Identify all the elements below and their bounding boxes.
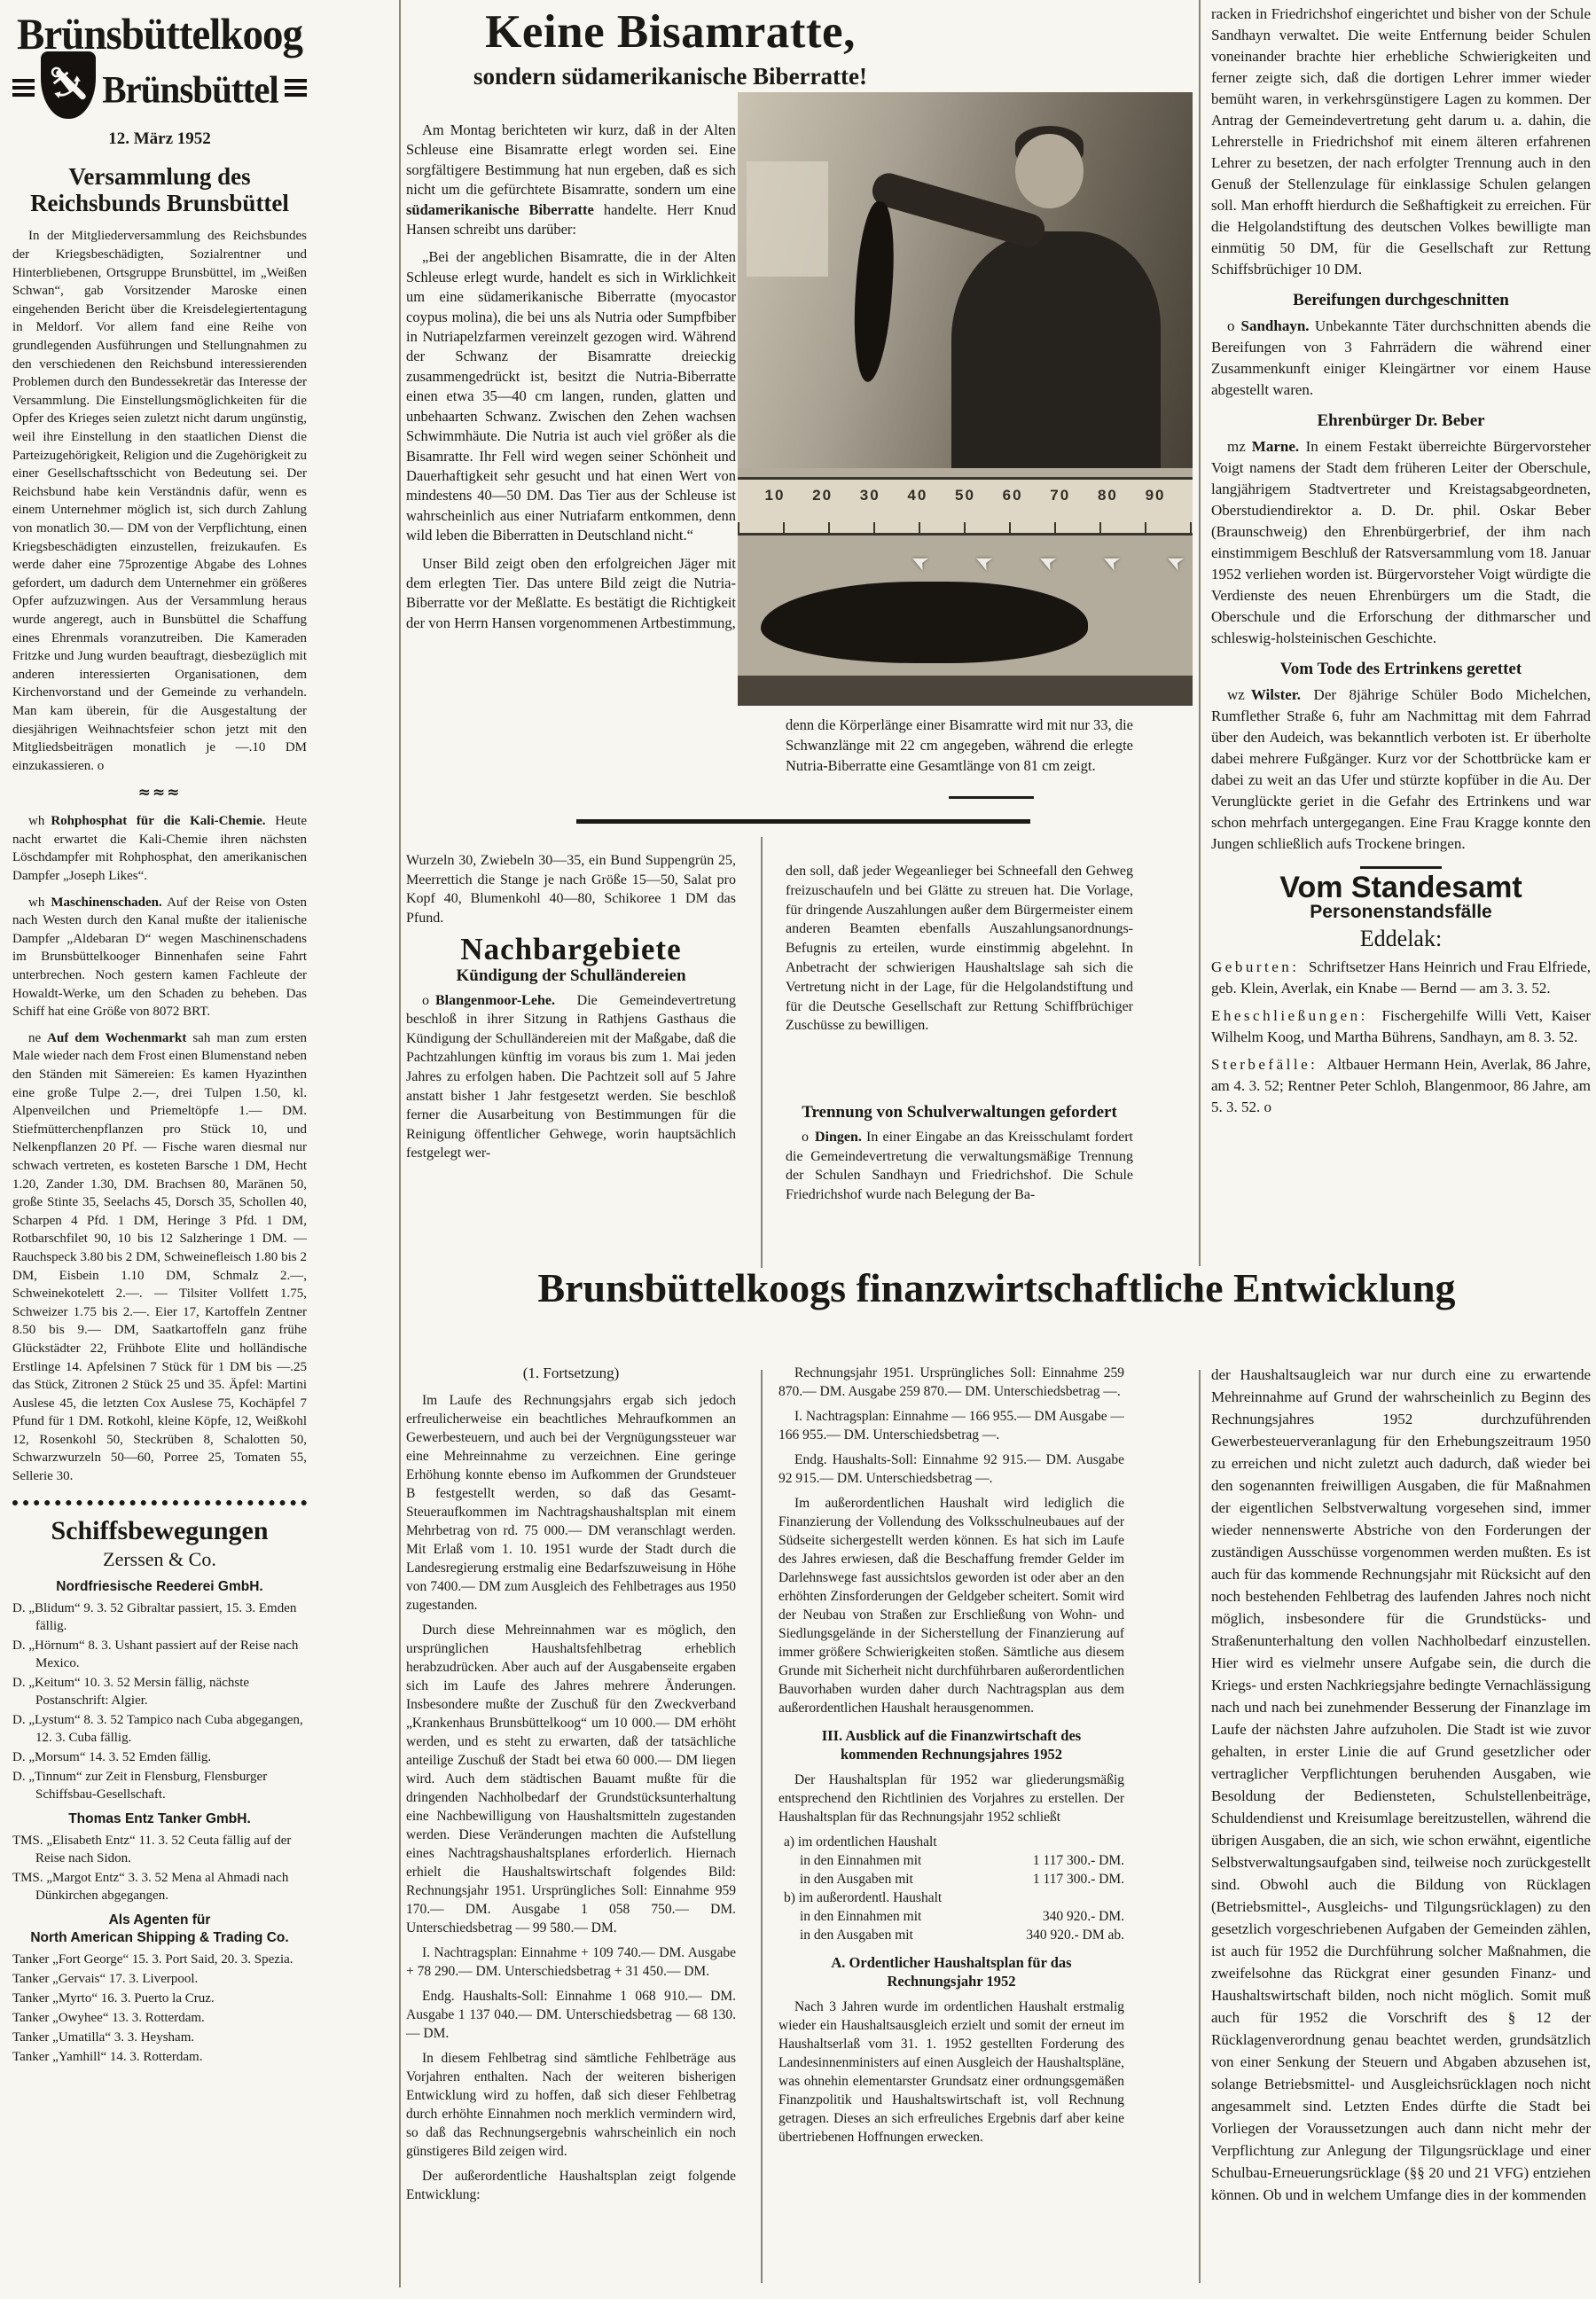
photo-background-sign [747, 161, 828, 277]
news-text: Auf der Reise von Osten nach Westen durc… [12, 895, 307, 1020]
newspaper-page: Brünsbüttelkoog ⚓ Brünsbüttel 12. März 1… [0, 0, 1596, 2299]
item-lead: mz [1227, 438, 1246, 455]
finance-paragraph: Der Haushaltsplan für 1952 war gliederun… [778, 1771, 1124, 1826]
geburten-entry: Geburten: Schriftsetzer Hans Heinrich un… [1211, 957, 1591, 999]
main-subheadline: sondern südamerikanische Biberratte! [399, 63, 942, 90]
hunter-silhouette [951, 231, 1161, 472]
paragraph-text: Am Montag berichteten wir kurz, daß in d… [406, 121, 736, 198]
news-item: neAuf dem Wochenmarkt sah man zum ersten… [12, 1029, 307, 1486]
finance-paragraph: Endg. Haushalts-Soll: Einnahme 1 068 910… [406, 1987, 736, 2043]
entry-label: Geburten: [1211, 958, 1299, 975]
marne-item: mzMarne. In einem Festakt überreichte Bü… [1211, 436, 1591, 649]
budget-label: in den Einnahmen mit [800, 1851, 921, 1870]
shipping-agents-line1: Als Agenten für [12, 1912, 307, 1928]
finance-headline: Brunsbüttelkoogs finanzwirtschaftliche E… [403, 1264, 1590, 1311]
finance-paragraph: der Haushaltsaugleich war nur durch eine… [1211, 1364, 1591, 2206]
budget-row: in den Einnahmen mit 340 920.- DM. [778, 1907, 1124, 1926]
ship-entry: Tanker „Owyhee“ 13. 3. Rotterdam. [12, 2009, 307, 2027]
ship-entry: Tanker „Fort George“ 15. 3. Port Said, 2… [12, 1951, 307, 1968]
pointer-arrows: ➤ ➤ ➤ ➤ ➤ [911, 550, 1184, 575]
item-lead: wz [1227, 686, 1245, 703]
main-headline: Keine Bisamratte, [399, 5, 942, 59]
measuring-scale-ticks [738, 522, 1193, 533]
centered-divider-rule [1360, 866, 1442, 869]
finance-paragraph: I. Nachtragsplan: Einnahme + 109 740.— D… [406, 1943, 736, 1981]
news-title: Maschinenschaden. [51, 895, 161, 910]
continuation-text: den soll, daß jeder Wegeanlieger bei Sch… [786, 862, 1133, 1036]
ehrenbuerger-heading: Ehrenbürger Dr. Beber [1211, 411, 1591, 432]
photo-floor [738, 676, 1193, 706]
news-text: sah man zum ersten Male wieder nach dem … [12, 1031, 307, 1483]
entry-label: Eheschließungen: [1211, 1007, 1368, 1024]
column-rule [761, 1370, 763, 2283]
item-lead: o [422, 993, 429, 1008]
finance-section-heading: III. Ausblick auf die Finanzwirtschaft d… [786, 1726, 1117, 1763]
hunter-face [1015, 134, 1084, 209]
item-text: In einem Festakt überreichte Bürgervorst… [1211, 438, 1591, 646]
article-paragraph: Unser Bild zeigt oben den erfolgreichen … [406, 554, 736, 634]
item-place: Dingen. [815, 1130, 862, 1145]
shipping-company: Thomas Entz Tanker GmbH. [12, 1811, 307, 1827]
news-lead: wh [28, 895, 44, 910]
finance-paragraph: Nach 3 Jahren wurde im ordentlichen Haus… [778, 1998, 1124, 2147]
ertrinken-heading: Vom Tode des Ertrinkens gerettet [1211, 659, 1591, 680]
arrow-icon: ➤ [906, 547, 933, 577]
bereifungen-heading: Bereifungen durchgeschnitten [1211, 290, 1591, 311]
arrow-icon: ➤ [1034, 547, 1060, 577]
anchor-hammer-shield-logo: ⚓ [41, 51, 96, 119]
blangenmoor-continuation: den soll, daß jeder Wegeanlieger bei Sch… [786, 862, 1133, 1099]
finance-paragraph: In diesem Fehlbetrag sind sämtliche Fehl… [406, 2049, 736, 2161]
ship-entry: D. „Keitum“ 10. 3. 52 Mersin fällig, näc… [12, 1674, 307, 1709]
ship-list: Tanker „Fort George“ 15. 3. Port Said, 2… [12, 1951, 307, 2066]
item-place: Wilster. [1251, 686, 1301, 703]
masthead: Brünsbüttelkoog ⚓ Brünsbüttel 12. März 1… [12, 11, 307, 149]
article-paragraph: Am Montag berichteten wir kurz, daß in d… [406, 121, 736, 239]
main-headline-block: Keine Bisamratte, sondern südamerikanisc… [399, 5, 942, 90]
ship-entry: D. „Lystum“ 8. 3. 52 Tampico nach Cuba a… [12, 1711, 307, 1747]
ship-entry: D. „Morsum“ 14. 3. 52 Emden fällig. [12, 1748, 307, 1766]
news-item: whRohphosphat für die Kali-Chemie. Heute… [12, 812, 307, 885]
sandhayn-item: oSandhayn. Unbekannte Täter durchschnitt… [1211, 316, 1591, 401]
arrow-icon: ➤ [1098, 547, 1124, 577]
ship-entry: D. „Tinnum“ zur Zeit in Flensburg, Flens… [12, 1768, 307, 1803]
budget-value: 340 920.- DM. [1043, 1907, 1124, 1926]
bisamratte-article: Am Montag berichteten wir kurz, daß in d… [406, 121, 736, 825]
item-text: Der 8jährige Schüler Bodo Michelchen, Ru… [1211, 686, 1591, 852]
finance-column-3: der Haushaltsaugleich war nur durch eine… [1211, 1364, 1591, 2293]
ship-entry: Tanker „Yamhill“ 14. 3. Rotterdam. [12, 2048, 307, 2066]
dingen-item: oDingen. In einer Eingabe an das Kreissc… [786, 1128, 1133, 1205]
item-lead: o [802, 1130, 809, 1145]
masthead-ornament-left [12, 79, 35, 100]
budget-value: 1 117 300.- DM. [1033, 1870, 1124, 1888]
budget-list-heading: a) im ordentlichen Haushalt [778, 1833, 1124, 1851]
news-title: Rohphosphat für die Kali-Chemie. [51, 814, 265, 828]
budget-row: in den Ausgaben mit 340 920.- DM ab. [778, 1926, 1124, 1944]
ship-entry: Tanker „Gervais“ 17. 3. Liverpool. [12, 1970, 307, 1988]
photo-caption-continuation: denn die Körperlänge einer Bisamratte wi… [786, 715, 1133, 858]
finance-paragraph: Endg. Haushalts-Soll: Einnahme 92 915.— … [778, 1451, 1124, 1488]
caption-text: denn die Körperlänge einer Bisamratte wi… [786, 715, 1133, 776]
nutria-silhouette [761, 582, 1088, 663]
arrow-icon: ➤ [970, 547, 997, 577]
ship-entry: D. „Blidum“ 9. 3. 52 Gibraltar passiert,… [12, 1599, 307, 1635]
eheschliessungen-entry: Eheschließungen: Fischergehilfe Willi Ve… [1211, 1005, 1591, 1048]
masthead-title-line2: Brünsbüttel [102, 67, 278, 112]
column-rule [1199, 1370, 1201, 2283]
right-column: racken in Friedrichshof eingerichtet und… [1211, 4, 1591, 1358]
masthead-ornament-right [285, 79, 307, 100]
finance-paragraph: Durch diese Mehreinnahmen war es möglich… [406, 1621, 736, 1937]
budget-label: in den Ausgaben mit [800, 1926, 913, 1944]
article-paragraph: „Bei der angeblichen Bisamratte, die in … [406, 247, 736, 545]
budget-list-heading: b) im außerordentl. Haushalt [778, 1888, 1124, 1907]
item-text: Die Gemeindevertretung beschloß in ihrer… [406, 993, 736, 1161]
ship-entry: D. „Hörnum“ 8. 3. Ushant passiert auf de… [12, 1637, 307, 1672]
schullaendereien-subtitle: Kündigung der Schulländereien [406, 966, 736, 986]
wilster-item: wzWilster. Der 8jährige Schüler Bodo Mic… [1211, 684, 1591, 855]
nachbargebiete-title: Nachbargebiete [406, 940, 736, 959]
ship-entry: TMS. „Elisabeth Entz“ 11. 3. 52 Ceuta fä… [12, 1832, 307, 1867]
column-rule [1199, 0, 1201, 1266]
blangenmoor-item: oBlangenmoor-Lehe. Die Gemeindevertretun… [406, 991, 736, 1163]
column-rule [761, 837, 763, 1268]
ship-list: TMS. „Elisabeth Entz“ 11. 3. 52 Ceuta fä… [12, 1832, 307, 1904]
paragraph-bold-text: südamerikanische Biberratte [406, 201, 594, 218]
news-item: whMaschinenschaden. Auf der Reise von Os… [12, 894, 307, 1021]
budget-row: in den Einnahmen mit 1 117 300.- DM. [778, 1851, 1124, 1870]
ship-entry: Tanker „Myrto“ 16. 3. Puerto la Cruz. [12, 1990, 307, 2007]
item-lead: o [1227, 317, 1235, 334]
finance-paragraph: I. Nachtragsplan: Einnahme — 166 955.— D… [778, 1407, 1124, 1444]
column-rule [399, 0, 401, 2287]
arrow-icon: ➤ [1162, 547, 1188, 577]
item-place: Sandhayn. [1241, 317, 1310, 334]
budget-label: in den Ausgaben mit [800, 1870, 913, 1888]
budget-label: in den Einnahmen mit [800, 1907, 921, 1926]
finance-paragraph: Rechnungsjahr 1951. Ursprüngliches Soll:… [778, 1364, 1124, 1401]
news-lead: ne [28, 1031, 41, 1045]
finance-column-2: Rechnungsjahr 1951. Ursprüngliches Soll:… [778, 1364, 1124, 2289]
shipping-title: Schiffsbewegungen [12, 1516, 307, 1546]
issue-date: 12. März 1952 [12, 129, 307, 149]
shipping-company: Nordfriesische Reederei GmbH. [12, 1579, 307, 1595]
trennung-section: Trennung von Schulverwaltungen gefordert… [786, 1103, 1133, 1271]
trennung-subtitle: Trennung von Schulverwaltungen gefordert [786, 1103, 1133, 1122]
article-title-reichsbund: Versammlung des Reichsbunds Brunsbüttel [12, 163, 307, 216]
ship-entry: Tanker „Umatilla“ 3. 3. Heysham. [12, 2029, 307, 2046]
photo-hunter-with-animal [738, 92, 1193, 468]
sterbefaelle-entry: Sterbefälle: Altbauer Hermann Hein, Aver… [1211, 1054, 1591, 1118]
photo-nutria-measuring-board: 10 20 30 40 50 60 70 80 90 ➤ ➤ ➤ ➤ ➤ [738, 468, 1193, 706]
budget-value: 340 920.- DM ab. [1026, 1926, 1124, 1944]
measuring-board: 10 20 30 40 50 60 70 80 90 [738, 477, 1193, 536]
standesamt-place: Eddelak: [1211, 928, 1591, 950]
ship-entry: TMS. „Margot Entz“ 3. 3. 52 Mena al Ahma… [12, 1869, 307, 1904]
finance-subtitle: (1. Fortsetzung) [406, 1364, 736, 1382]
finance-paragraph: Im Laufe des Rechnungsjahrs ergab sich j… [406, 1391, 736, 1615]
item-place: Marne. [1252, 438, 1299, 455]
standesamt-subtitle: Personenstandsfälle [1211, 902, 1591, 923]
article-body-reichsbund: In der Mitgliederversammlung des Reichsb… [12, 227, 307, 775]
finance-paragraph: Im außerordentlichen Haushalt wird ledig… [778, 1494, 1124, 1717]
standesamt-title: Vom Standesamt [1211, 877, 1591, 898]
section-ornament: ≈≈≈ [12, 784, 307, 802]
shipping-subtitle: Zerssen & Co. [12, 1548, 307, 1571]
budget-row: in den Ausgaben mit 1 117 300.- DM. [778, 1870, 1124, 1888]
finance-column-1: (1. Fortsetzung) Im Laufe des Rechnungsj… [406, 1364, 736, 2289]
hanging-nutria [849, 200, 898, 383]
news-photo: 10 20 30 40 50 60 70 80 90 ➤ ➤ ➤ ➤ ➤ [738, 92, 1193, 706]
item-place: Blangenmoor-Lehe. [435, 993, 555, 1008]
friedrichshof-continuation: racken in Friedrichshof eingerichtet und… [1211, 4, 1591, 280]
nachbargebiete-section: Wurzeln 30, Zwiebeln 30—35, ein Bund Sup… [406, 851, 736, 1271]
finance-paragraph: Der außerordentliche Haushaltsplan zeigt… [406, 2167, 736, 2204]
shipping-agents-line2: North American Shipping & Trading Co. [12, 1930, 307, 1946]
left-column: Brünsbüttelkoog ⚓ Brünsbüttel 12. März 1… [12, 11, 307, 2289]
budget-value: 1 117 300.- DM. [1033, 1851, 1124, 1870]
dotted-divider [12, 1500, 307, 1505]
measuring-scale-numbers: 10 20 30 40 50 60 70 80 90 [738, 487, 1193, 504]
ship-list: D. „Blidum“ 9. 3. 52 Gibraltar passiert,… [12, 1599, 307, 1803]
finance-section-heading: A. Ordentlicher Haushaltsplan für das Re… [786, 1953, 1117, 1990]
entry-label: Sterbefälle: [1211, 1056, 1318, 1073]
news-title: Auf dem Wochenmarkt [47, 1031, 186, 1045]
market-continuation: Wurzeln 30, Zwiebeln 30—35, ein Bund Sup… [406, 851, 736, 927]
news-lead: wh [28, 814, 44, 828]
